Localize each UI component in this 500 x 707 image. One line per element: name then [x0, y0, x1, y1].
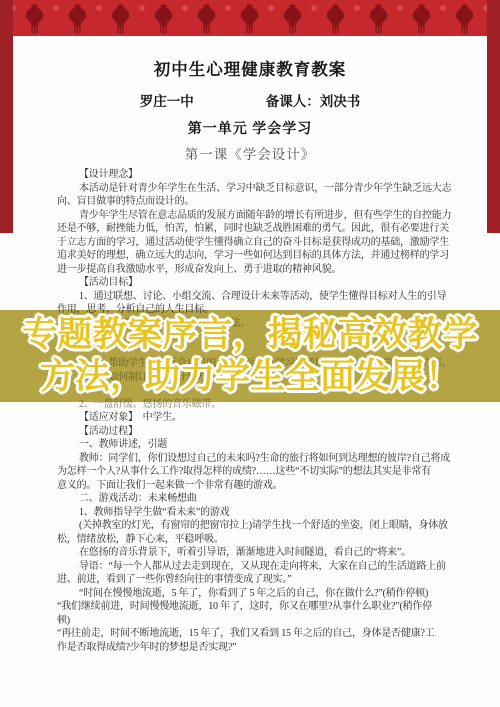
doc-line: 【活动目标】	[57, 276, 445, 290]
doc-line: “再往前走，时间不断地流逝，15 年了，我们又看到 15 年之后的自己，身体是否…	[57, 627, 445, 641]
doc-line: 在悠扬的音乐背景下，听着引导语，渐渐地进入时间隧道，看自己的“将来”。	[57, 546, 445, 560]
doc-line: 青少年学生尽管在意志品质的发展方面随年龄的增长有所进步，但有些学生的自控能力	[57, 209, 445, 223]
doc-line: 1、教师指导学生做“看未来”的游戏	[57, 506, 445, 520]
festive-top-border	[13, 0, 487, 36]
doc-line: 进一步提高自我激励水平，形成奋发向上、勇于进取的精神风貌。	[57, 263, 445, 277]
doc-body: 【设计理念】本活动是针对青少年学生在生活、学习中缺乏目标意识，一部分青少年学生缺…	[57, 168, 445, 654]
doc-line: 【适应对象】 中学生。	[57, 411, 445, 425]
promo-banner-text: 专题教案序言，揭秘高效教学 方法，助力学生全面发展！	[0, 310, 500, 402]
lantern-ornament-pattern	[13, 0, 487, 36]
doc-line: (关掉教室的灯光，有窗帘的把窗帘拉上)请学生找一个舒适的坐姿，闭上眼睛，身体放	[57, 519, 445, 533]
doc-line: “时间在慢慢地流逝，5 年了，你看到了 5 年之后的自己，你在做什么?”(稍作停…	[57, 587, 445, 601]
doc-line: 意义的。下面让我们一起来做一个非常有趣的游戏。	[57, 479, 445, 493]
banner-line-2: 方法，助力学生全面发展！	[40, 356, 460, 398]
doc-line: 向、盲目做事的特点而设计的。	[57, 195, 445, 209]
promo-image: 初中生心理健康教育教案 罗庄一中 备课人：刘决书 第一单元 学会学习 第一课《学…	[0, 0, 500, 707]
doc-line: 为怎样一个人?从事什么工作?取得怎样的成绩?……这些“不切实际”的想法其实是非常…	[57, 465, 445, 479]
doc-line: 导语：“每一个人都从过去走到现在，又从现在走向将来，大家在自己的生活道路上前	[57, 560, 445, 574]
doc-line: 进、前进，看到了一些你曾经向往的事情变成了现实。”	[57, 573, 445, 587]
doc-line: 1、通过联想、讨论、小组交流、合理设计未来等活动，使学生懂得目标对人生的引导	[57, 290, 445, 304]
unit-title: 第一单元 学会学习	[0, 120, 500, 139]
doc-line: 顿)	[57, 614, 445, 628]
doc-line: 教师：同学们，你们设想过自己的未来吗?生命的旅行将如何到达理想的彼岸?自己将成	[57, 452, 445, 466]
lesson-title: 第一课《学会设计》	[0, 145, 500, 164]
banner-line-1: 专题教案序言，揭秘高效教学	[22, 314, 477, 356]
document-header: 初中生心理健康教育教案 罗庄一中 备课人：刘决书 第一单元 学会学习 第一课《学…	[0, 36, 500, 164]
doc-line: 一、教师讲述，引题	[57, 438, 445, 452]
doc-line: 【设计理念】	[57, 168, 445, 182]
doc-line: 【活动过程】	[57, 425, 445, 439]
doc-title: 初中生心理健康教育教案	[0, 60, 500, 80]
doc-line: 本活动是针对青少年学生在生活、学习中缺乏目标意识，一部分青少年学生缺乏远大志	[57, 182, 445, 196]
doc-line: 作是否取得成绩?少年时的梦想是否实现?”	[57, 641, 445, 655]
school-name: 罗庄一中	[140, 92, 194, 112]
doc-line: “我们继续前进，时间慢慢地流逝，10 年了，这时，你又在哪里?从事什么职业?”(…	[57, 600, 445, 614]
doc-line: 二、游戏活动：未来畅想曲	[57, 492, 445, 506]
doc-line: 于立志方面的学习，通过活动使学生懂得确立自己的奋斗目标是获得成功的基础，激励学生	[57, 236, 445, 250]
doc-line: 还是不够，耐挫能力低，怕苦，怕累，同时也缺乏战胜困难的勇气。因此，很有必要进行关	[57, 222, 445, 236]
doc-line: 松，情绪放松，静下心来，平稳呼吸。	[57, 533, 445, 547]
preparer-name: 备课人：刘决书	[266, 92, 361, 112]
school-row: 罗庄一中 备课人：刘决书	[0, 92, 500, 112]
doc-line: 追求美好的理想，确立远大的志向，学习一些如何达到目标的具体方法，并通过榜样的学习	[57, 249, 445, 263]
